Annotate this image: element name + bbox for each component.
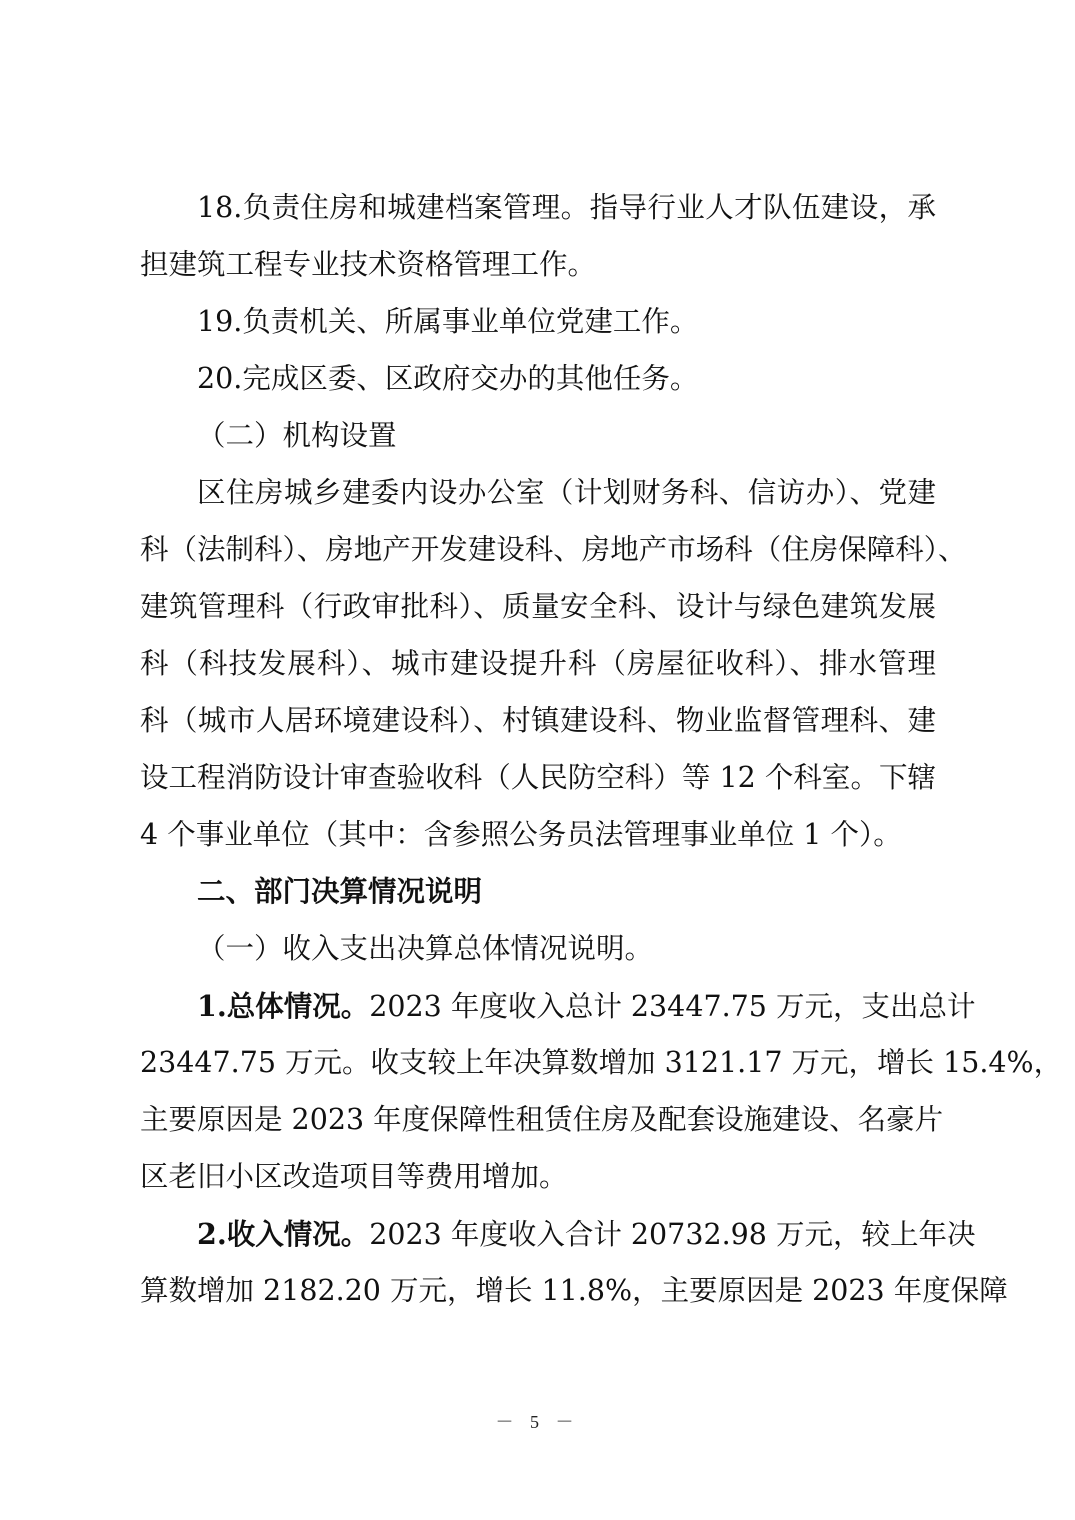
text-line: 科（城市人居环境建设科）、村镇建设科、物业监督管理科、建 xyxy=(140,701,936,741)
line-text: 区住房城乡建委内设办公室（计划财务科、信访办）、党建 xyxy=(197,476,936,509)
text-line: 19.负责机关、所属事业单位党建工作。 xyxy=(140,302,936,342)
line-text: 2023 年度收入合计 20732.98 万元，较上年决 xyxy=(369,1218,975,1251)
line-text: （二）机构设置 xyxy=(197,419,397,452)
text-line: 科（法制科）、房地产开发建设科、房地产市场科（住房保障科）、 xyxy=(140,530,936,570)
text-line: 区住房城乡建委内设办公室（计划财务科、信访办）、党建 xyxy=(140,473,936,513)
line-text: 算数增加 2182.20 万元，增长 11.8%，主要原因是 2023 年度保障 xyxy=(140,1274,1008,1307)
line-text: 科（城市人居环境建设科）、村镇建设科、物业监督管理科、建 xyxy=(140,704,936,737)
text-line: 20.完成区委、区政府交办的其他任务。 xyxy=(140,359,936,399)
line-text: 4 个事业单位（其中：含参照公务员法管理事业单位 1 个）。 xyxy=(140,818,902,851)
line-text: 建筑管理科（行政审批科）、质量安全科、设计与绿色建筑发展 xyxy=(140,590,936,623)
text-line: 科（科技发展科）、城市建设提升科（房屋征收科）、排水管理 xyxy=(140,644,936,684)
line-text: （一）收入支出决算总体情况说明。 xyxy=(197,932,653,965)
text-line: 18.负责住房和城建档案管理。指导行业人才队伍建设，承 xyxy=(140,188,936,228)
text-line: （二）机构设置 xyxy=(140,416,936,456)
line-text: 区老旧小区改造项目等费用增加。 xyxy=(140,1160,568,1193)
text-line: 主要原因是 2023 年度保障性租赁住房及配套设施建设、名豪片 xyxy=(140,1100,936,1140)
text-line: 1.总体情况。2023 年度收入总计 23447.75 万元，支出总计 xyxy=(140,986,936,1026)
page-number: － 5 － xyxy=(0,1408,1075,1434)
text-line: （一）收入支出决算总体情况说明。 xyxy=(140,929,936,969)
text-line: 担建筑工程专业技术资格管理工作。 xyxy=(140,245,936,285)
line-text: 主要原因是 2023 年度保障性租赁住房及配套设施建设、名豪片 xyxy=(140,1103,943,1136)
line-text: 科（法制科）、房地产开发建设科、房地产市场科（住房保障科）、 xyxy=(140,533,967,566)
line-text: 担建筑工程专业技术资格管理工作。 xyxy=(140,248,596,281)
text-line: 4 个事业单位（其中：含参照公务员法管理事业单位 1 个）。 xyxy=(140,815,936,855)
line-text: 23447.75 万元。收支较上年决算数增加 3121.17 万元，增长 15.… xyxy=(140,1046,1062,1079)
line-text: 设工程消防设计审查验收科（人民防空科）等 12 个科室。下辖 xyxy=(140,761,936,794)
line-text: 科（科技发展科）、城市建设提升科（房屋征收科）、排水管理 xyxy=(140,647,936,680)
bold-lead-in: 1.总体情况。 xyxy=(197,989,369,1023)
section-heading: 二、部门决算情况说明 xyxy=(140,872,936,912)
text-line: 23447.75 万元。收支较上年决算数增加 3121.17 万元，增长 15.… xyxy=(140,1043,936,1083)
bold-lead-in: 2.收入情况。 xyxy=(197,1217,369,1251)
text-line: 算数增加 2182.20 万元，增长 11.8%，主要原因是 2023 年度保障 xyxy=(140,1271,936,1311)
text-line: 建筑管理科（行政审批科）、质量安全科、设计与绿色建筑发展 xyxy=(140,587,936,627)
line-text: 2023 年度收入总计 23447.75 万元，支出总计 xyxy=(369,990,975,1023)
text-line: 区老旧小区改造项目等费用增加。 xyxy=(140,1157,936,1197)
line-text: 20.完成区委、区政府交办的其他任务。 xyxy=(197,362,698,395)
line-text: 二、部门决算情况说明 xyxy=(197,875,482,908)
text-line: 2.收入情况。2023 年度收入合计 20732.98 万元，较上年决 xyxy=(140,1214,936,1254)
text-line: 设工程消防设计审查验收科（人民防空科）等 12 个科室。下辖 xyxy=(140,758,936,798)
line-text: 19.负责机关、所属事业单位党建工作。 xyxy=(197,305,698,338)
line-text: 18.负责住房和城建档案管理。指导行业人才队伍建设，承 xyxy=(197,191,936,224)
